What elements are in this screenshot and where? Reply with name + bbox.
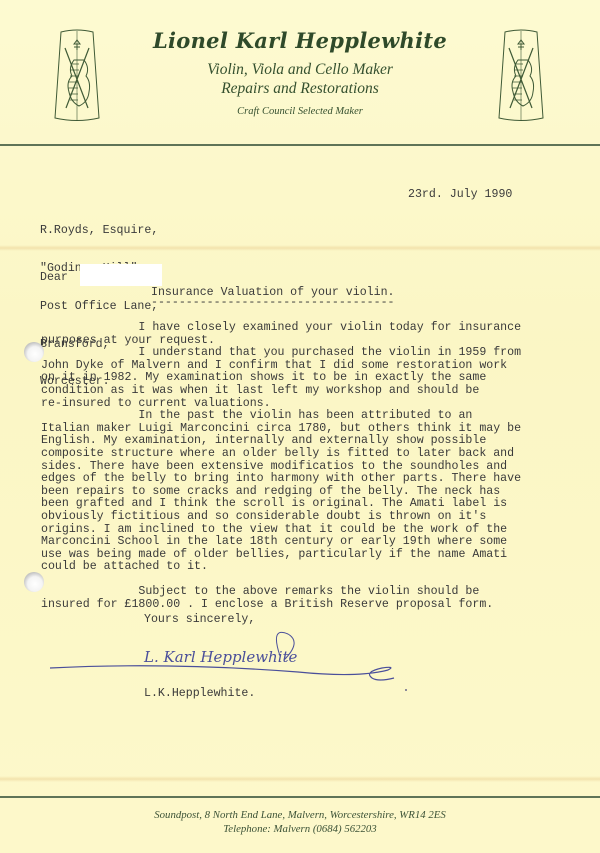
footer-address: Soundpost, 8 North End Lane, Malvern, Wo…	[0, 809, 600, 821]
maker-services: Repairs and Restorations	[0, 80, 600, 98]
maker-name: Lionel Karl Hepplewhite	[0, 28, 600, 53]
footer-rule	[0, 796, 600, 798]
signer-name: L.K.Hepplewhite.	[144, 688, 255, 701]
letterhead: Lionel Karl Hepplewhite Violin, Viola an…	[0, 0, 600, 145]
letter-body: I have closely examined your violin toda…	[41, 322, 521, 612]
maker-trade: Violin, Viola and Cello Maker	[0, 61, 600, 79]
body-line: I have closely examined your violin toda…	[41, 322, 521, 335]
header-rule	[0, 144, 600, 146]
body-line: could be attached to it.	[41, 561, 521, 574]
salutation: Dear	[40, 272, 68, 285]
signature-text: L. Karl Hepplewhite	[143, 648, 298, 666]
address-line: Post Office Lane,	[40, 301, 158, 314]
footer-telephone: Telephone: Malvern (0684) 562203	[0, 823, 600, 835]
body-line: edges of the belly to bring into harmony…	[41, 473, 521, 486]
closing: Yours sincerely,	[144, 614, 255, 627]
body-line: condition as it was when it last left my…	[41, 385, 521, 398]
redacted-name	[80, 264, 162, 286]
body-line: composite structure where an older belly…	[41, 448, 521, 461]
handwritten-signature: L. Karl Hepplewhite	[48, 628, 408, 690]
maker-accreditation: Craft Council Selected Maker	[0, 106, 600, 117]
paper-fold	[0, 776, 600, 782]
body-line: Marconcini School in the late 18th centu…	[41, 536, 521, 549]
address-line: R.Royds, Esquire,	[40, 225, 158, 238]
body-line: In the past the violin has been attribut…	[41, 410, 521, 423]
body-line: obviously fictitious and so considerable…	[41, 511, 521, 524]
body-line: insured for £1800.00 . I enclose a Briti…	[41, 599, 521, 612]
body-line: I understand that you purchased the viol…	[41, 347, 521, 360]
ink-dot	[405, 689, 407, 691]
punch-hole	[24, 572, 44, 592]
letter-date: 23rd. July 1990	[408, 189, 512, 202]
punch-hole	[24, 342, 44, 362]
letter-page: Lionel Karl Hepplewhite Violin, Viola an…	[0, 0, 600, 853]
subject-underline: -----------------------------------	[151, 297, 395, 310]
